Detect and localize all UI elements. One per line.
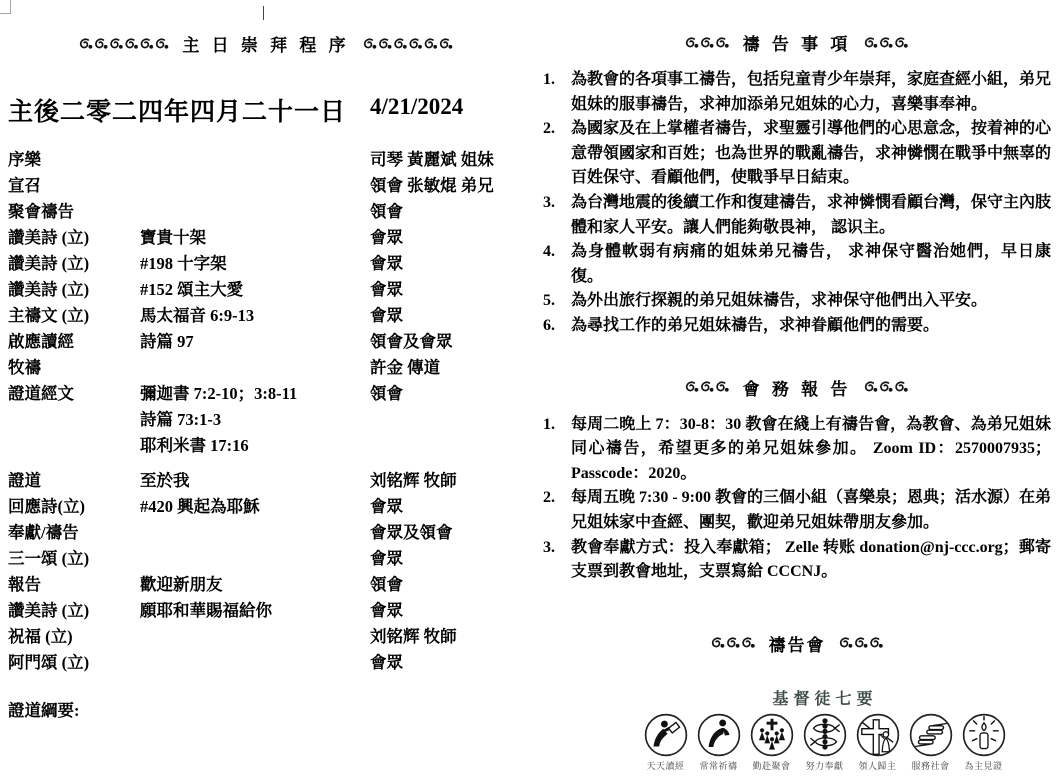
item-number: 6.	[543, 314, 571, 339]
seven-essentials-icons: 天天讀經 常常祈禱	[639, 712, 1011, 772]
scroll-ornament-icon	[838, 636, 885, 650]
program-person: 領會	[370, 381, 520, 407]
seven-essential-item: 勤赴聚會	[745, 712, 798, 772]
program-person: 會眾及領會	[370, 520, 520, 546]
scroll-ornament-icon	[362, 37, 454, 51]
program-label: 阿門頌 (立)	[8, 650, 140, 676]
program-item: #420 興起為耶穌	[140, 494, 370, 520]
program-person: 司琴 黃麗斌 姐妹	[370, 147, 520, 173]
program-label: 三一頌 (立)	[8, 546, 140, 572]
seven-essential-label: 努力奉獻	[798, 759, 851, 772]
program-label: 聚會禱告	[8, 199, 140, 225]
program-row: 三一頌 (立)會眾	[8, 546, 520, 572]
program-person: 會眾	[370, 303, 520, 329]
program-row: 祝福 (立)刘铭辉 牧師	[8, 624, 520, 650]
program-label: 讚美詩 (立)	[8, 251, 140, 277]
program-label: 讚美詩 (立)	[8, 598, 140, 624]
item-text: 每周五晚 7:30 - 9:00 教會的三個小組（喜樂泉；恩典；活水源）在弟兄姐…	[571, 486, 1051, 535]
program-item: 耶利米書 17:16	[140, 433, 370, 459]
seven-essential-label: 領人歸主	[851, 759, 904, 772]
church-gathering-icon	[749, 712, 795, 758]
sermon-outline-label: 證道綱要:	[8, 697, 80, 721]
program-item: 至於我	[140, 468, 370, 494]
program-person: 領會	[370, 199, 520, 225]
program-row: 主禱文 (立)馬太福音 6:9-13會眾	[8, 303, 520, 329]
program-item: 歡迎新朋友	[140, 572, 370, 598]
item-text: 為台灣地震的後續工作和復建禱告，求神憐憫看顧台灣，保守主內肢體和家人平安。讓人們…	[571, 191, 1051, 240]
program-label: 牧禱	[8, 355, 140, 381]
seven-essential-item: 天天讀經	[639, 712, 692, 772]
program-item: #198 十字架	[140, 251, 370, 277]
program-item: #152 頌主大愛	[140, 277, 370, 303]
program-item: 願耶和華賜福給你	[140, 598, 370, 624]
program-row: 耶利米書 17:16	[8, 433, 520, 459]
program-item	[140, 624, 370, 650]
program-row: 報告歡迎新朋友領會	[8, 572, 520, 598]
program-label: 啟應讀經	[8, 329, 140, 355]
church-affairs-header: 會 務 報 告	[543, 375, 1051, 400]
program-label: 奉獻/禱告	[8, 520, 140, 546]
program-row: 宣召領會 张敏焜 弟兄	[8, 173, 520, 199]
program-row: 讚美詩 (立)#152 頌主大愛會眾	[8, 277, 520, 303]
seven-essential-item: 常常祈禱	[692, 712, 745, 772]
program-row: 聚會禱告領會	[8, 199, 520, 225]
program-person: 領會 张敏焜 弟兄	[370, 173, 520, 199]
program-item	[140, 520, 370, 546]
program-row: 回應詩(立)#420 興起為耶穌會眾	[8, 494, 520, 520]
seven-essential-label: 天天讀經	[639, 759, 692, 772]
seven-essential-item: 服務社會	[904, 712, 957, 772]
program-item: 寶貴十架	[140, 225, 370, 251]
program-label: 報告	[8, 572, 140, 598]
program-item	[140, 147, 370, 173]
church-affairs-title: 會 務 報 告	[743, 375, 852, 400]
program-item: 詩篇 73:1-3	[140, 407, 370, 433]
prayer-items-list: 1.為教會的各項事工禱告，包括兒童青少年崇拜，家庭查經小組，弟兄姐妹的服事禱告，…	[543, 68, 1051, 339]
seven-essential-label: 為主見證	[957, 759, 1010, 772]
program-row: 啟應讀經詩篇 97領會及會眾	[8, 329, 520, 355]
program-item	[140, 546, 370, 572]
program-row: 證道經文彌迦書 7:2-10；3:8-11領會	[8, 381, 520, 407]
service-date-numeric: 4/21/2024	[370, 94, 463, 120]
program-person: 會眾	[370, 650, 520, 676]
item-number: 5.	[543, 289, 571, 314]
scroll-ornament-icon	[710, 636, 757, 650]
item-text: 為國家及在上掌權者禱告，求聖靈引導他們的心思意念，按着神的心意帶領國家和百姓；也…	[571, 117, 1051, 191]
program-item: 馬太福音 6:9-13	[140, 303, 370, 329]
scroll-ornament-icon	[78, 37, 170, 51]
item-number: 2.	[543, 486, 571, 535]
program-row: 證道至於我刘铭辉 牧師	[8, 468, 520, 494]
item-text: 教會奉獻方式：投入奉獻箱； Zelle 转账 donation@nj-ccc.o…	[571, 536, 1051, 585]
program-label: 祝福 (立)	[8, 624, 140, 650]
scroll-ornament-icon	[863, 380, 910, 394]
bulletin-page: 主 日 崇 拜 程 序 主後二零二四年四月二十一日 4/21/2024 序樂司琴…	[0, 0, 1057, 777]
list-item: 6.為尋找工作的弟兄姐妹禱告，求神眷顧他們的需要。	[543, 314, 1051, 339]
item-text: 為身體軟弱有病痛的姐妹弟兄禱告， 求神保守醫治她們，早日康復。	[571, 240, 1051, 289]
program-person: 刘铭辉 牧師	[370, 624, 520, 650]
worship-program-title: 主 日 崇 拜 程 序	[182, 31, 349, 56]
item-text: 為外出旅行探親的弟兄姐妹禱告，求神保守他們出入平安。	[571, 289, 1051, 314]
program-person: 領會	[370, 572, 520, 598]
seven-essential-item: 努力奉獻	[798, 712, 851, 772]
program-person: 刘铭辉 牧師	[370, 468, 520, 494]
program-row: 讚美詩 (立)寶貴十架會眾	[8, 225, 520, 251]
service-date-chinese: 主後二零二四年四月二十一日	[8, 92, 346, 128]
program-label: 宣召	[8, 173, 140, 199]
seven-essential-item: 為主見證	[957, 712, 1010, 772]
program-row: 讚美詩 (立)願耶和華賜福給你會眾	[8, 598, 520, 624]
program-label: 主禱文 (立)	[8, 303, 140, 329]
prayer-meeting-header: 禱告會	[543, 631, 1051, 656]
item-text: 為教會的各項事工禱告，包括兒童青少年崇拜，家庭查經小組，弟兄姐妹的服事禱告，求神…	[571, 68, 1051, 117]
program-item	[140, 650, 370, 676]
worship-program-header: 主 日 崇 拜 程 序	[0, 31, 532, 56]
program-person: 許金 傳道	[370, 355, 520, 381]
program-label: 證道經文	[8, 381, 140, 407]
program-person	[370, 407, 520, 433]
bible-reading-icon	[643, 712, 689, 758]
serving-hands-icon	[908, 712, 954, 758]
item-number: 1.	[543, 68, 571, 117]
item-text: 每周二晚上 7：30-8：30 教會在綫上有禱告會，為教會、為弟兄姐妹同心禱告，…	[571, 413, 1051, 487]
program-label	[8, 407, 140, 433]
prayer-items-title: 禱 告 事 項	[743, 30, 852, 55]
program-item: 詩篇 97	[140, 329, 370, 355]
right-column: 禱 告 事 項 1.為教會的各項事工禱告，包括兒童青少年崇拜，家庭查經小組，弟兄…	[543, 30, 1051, 772]
list-item: 2.每周五晚 7:30 - 9:00 教會的三個小組（喜樂泉；恩典；活水源）在弟…	[543, 486, 1051, 535]
order-of-worship-table: 序樂司琴 黃麗斌 姐妹 宣召領會 张敏焜 弟兄 聚會禱告領會 讚美詩 (立)寶貴…	[8, 147, 520, 676]
seven-essential-label: 服務社會	[904, 759, 957, 772]
program-person: 會眾	[370, 494, 520, 520]
program-person: 會眾	[370, 251, 520, 277]
program-item	[140, 173, 370, 199]
page-margin-corner-mark	[0, 0, 11, 14]
seven-essential-label: 常常祈禱	[692, 759, 745, 772]
program-label: 讚美詩 (立)	[8, 277, 140, 303]
item-number: 2.	[543, 117, 571, 191]
item-text: 為尋找工作的弟兄姐妹禱告，求神眷顧他們的需要。	[571, 314, 1051, 339]
program-person: 會眾	[370, 546, 520, 572]
program-label	[8, 433, 140, 459]
text-cursor-artifact	[263, 6, 264, 20]
list-item: 5.為外出旅行探親的弟兄姐妹禱告，求神保守他們出入平安。	[543, 289, 1051, 314]
program-row: 讚美詩 (立)#198 十字架會眾	[8, 251, 520, 277]
program-row: 詩篇 73:1-3	[8, 407, 520, 433]
offering-fish-coins-icon	[802, 712, 848, 758]
item-number: 3.	[543, 191, 571, 240]
program-row: 牧禱許金 傳道	[8, 355, 520, 381]
lead-to-christ-icon	[855, 712, 901, 758]
program-person: 會眾	[370, 598, 520, 624]
program-row: 奉獻/禱告會眾及領會	[8, 520, 520, 546]
list-item: 3.為台灣地震的後續工作和復建禱告，求神憐憫看顧台灣，保守主內肢體和家人平安。讓…	[543, 191, 1051, 240]
seven-essentials-title: 基督徒七要	[639, 686, 1011, 709]
program-label: 讚美詩 (立)	[8, 225, 140, 251]
item-number: 1.	[543, 413, 571, 487]
program-row: 序樂司琴 黃麗斌 姐妹	[8, 147, 520, 173]
praying-icon	[696, 712, 742, 758]
program-label: 回應詩(立)	[8, 494, 140, 520]
seven-essential-item: 領人歸主	[851, 712, 904, 772]
seven-essential-label: 勤赴聚會	[745, 759, 798, 772]
scroll-ornament-icon	[863, 36, 910, 50]
church-affairs-list: 1.每周二晚上 7：30-8：30 教會在綫上有禱告會，為教會、為弟兄姐妹同心禱…	[543, 413, 1051, 585]
prayer-meeting-title: 禱告會	[769, 631, 826, 656]
program-person	[370, 433, 520, 459]
seven-essentials-graphic: 基督徒七要 天天讀經	[639, 686, 1011, 772]
program-person: 領會及會眾	[370, 329, 520, 355]
program-item: 彌迦書 7:2-10；3:8-11	[140, 381, 370, 407]
program-person: 會眾	[370, 225, 520, 251]
scroll-ornament-icon	[684, 36, 731, 50]
scroll-ornament-icon	[684, 380, 731, 394]
list-item: 2.為國家及在上掌權者禱告，求聖靈引導他們的心思意念，按着神的心意帶領國家和百姓…	[543, 117, 1051, 191]
program-item	[140, 199, 370, 225]
list-item: 3.教會奉獻方式：投入奉獻箱； Zelle 转账 donation@nj-ccc…	[543, 536, 1051, 585]
candle-witness-icon	[961, 712, 1007, 758]
list-item: 1.為教會的各項事工禱告，包括兒童青少年崇拜，家庭查經小組，弟兄姐妹的服事禱告，…	[543, 68, 1051, 117]
program-person: 會眾	[370, 277, 520, 303]
program-item	[140, 355, 370, 381]
program-label: 證道	[8, 468, 140, 494]
item-number: 4.	[543, 240, 571, 289]
program-row: 阿門頌 (立)會眾	[8, 650, 520, 676]
list-item: 1.每周二晚上 7：30-8：30 教會在綫上有禱告會，為教會、為弟兄姐妹同心禱…	[543, 413, 1051, 487]
list-item: 4.為身體軟弱有病痛的姐妹弟兄禱告， 求神保守醫治她們，早日康復。	[543, 240, 1051, 289]
program-label: 序樂	[8, 147, 140, 173]
prayer-items-header: 禱 告 事 項	[543, 30, 1051, 55]
item-number: 3.	[543, 536, 571, 585]
